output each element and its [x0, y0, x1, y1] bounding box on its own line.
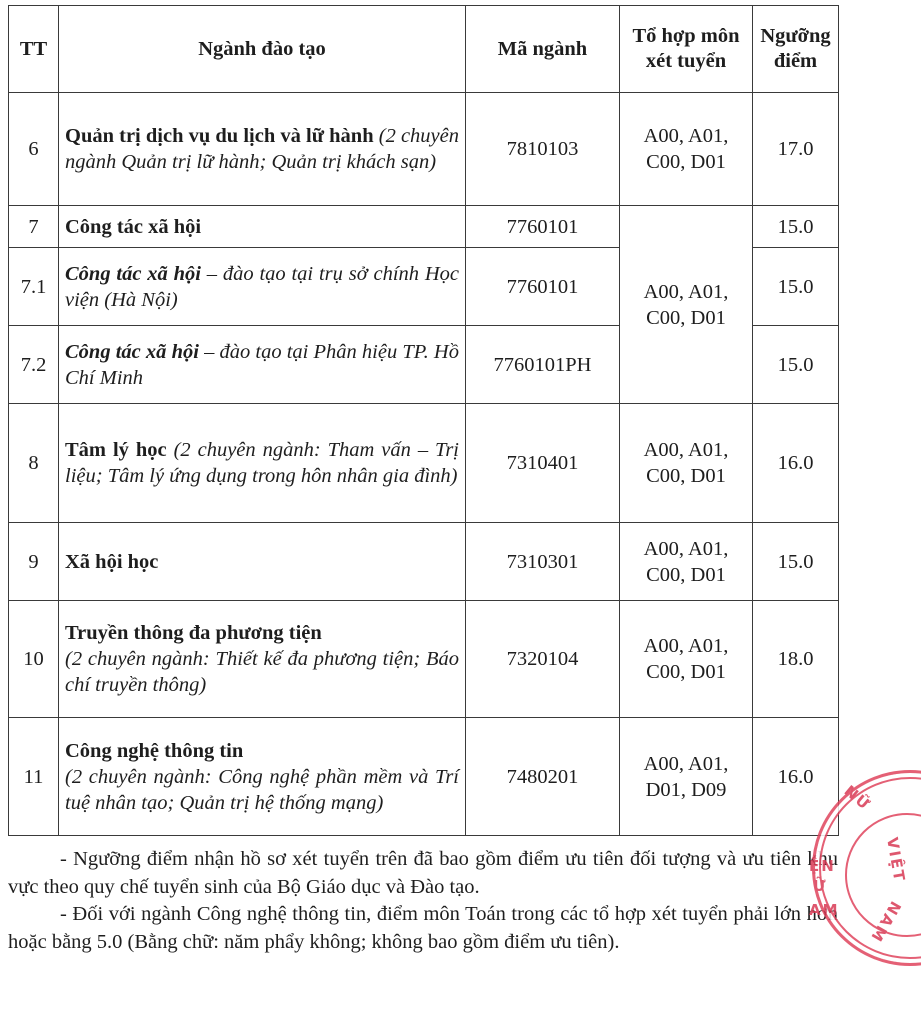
row-program: Quản trị dịch vụ du lịch và lữ hành (2 c…	[59, 93, 466, 206]
seal-text-fragment: VIỆT	[883, 836, 909, 884]
program-name: Công tác xã hội	[65, 263, 201, 285]
header-tt: TT	[9, 6, 59, 93]
row-tt: 10	[9, 601, 59, 718]
row-program: Xã hội học	[59, 523, 466, 601]
row-program: Công tác xã hội – đào tạo tại Phân hiệu …	[59, 326, 466, 404]
seal-inner-ring	[845, 813, 921, 937]
row-combo: A00, A01,C00, D01	[620, 601, 753, 718]
table-row: 6 Quản trị dịch vụ du lịch và lữ hành (2…	[9, 93, 839, 206]
program-name: Tâm lý học	[65, 439, 167, 461]
combo-line: C00, D01	[626, 305, 746, 331]
combo-line: A00, A01,	[626, 437, 746, 463]
row-code: 7760101	[466, 206, 620, 248]
row-program: Công nghệ thông tin(2 chuyên ngành: Công…	[59, 718, 466, 836]
note-it-math-requirement: - Đối với ngành Công nghệ thông tin, điể…	[8, 901, 838, 956]
row-score: 16.0	[753, 404, 839, 523]
table-header-row: TT Ngành đào tạo Mã ngành Tổ hợp môn xét…	[9, 6, 839, 93]
combo-line: A00, A01,	[626, 751, 746, 777]
combo-line: A00, A01,	[626, 123, 746, 149]
row-score: 15.0	[753, 523, 839, 601]
row-program: Công tác xã hội	[59, 206, 466, 248]
row-score: 18.0	[753, 601, 839, 718]
row-program: Tâm lý học (2 chuyên ngành: Tham vấn – T…	[59, 404, 466, 523]
seal-text-fragment: NỮ	[841, 782, 875, 814]
combo-line: A00, A01,	[626, 536, 746, 562]
program-name: Công tác xã hội	[65, 216, 201, 238]
table-row: 11 Công nghệ thông tin(2 chuyên ngành: C…	[9, 718, 839, 836]
combo-line: C00, D01	[626, 659, 746, 685]
combo-line: A00, A01,	[626, 279, 746, 305]
row-code: 7810103	[466, 93, 620, 206]
header-score: Ngưỡng điểm	[753, 6, 839, 93]
table-row: 8 Tâm lý học (2 chuyên ngành: Tham vấn –…	[9, 404, 839, 523]
row-tt: 6	[9, 93, 59, 206]
header-program: Ngành đào tạo	[59, 6, 466, 93]
row-tt: 7.1	[9, 248, 59, 326]
header-code: Mã ngành	[466, 6, 620, 93]
row-code: 7480201	[466, 718, 620, 836]
row-tt: 9	[9, 523, 59, 601]
row-combo: A00, A01,C00, D01	[620, 404, 753, 523]
row-tt: 7.2	[9, 326, 59, 404]
program-name: Quản trị dịch vụ du lịch và lữ hành	[65, 125, 374, 147]
combo-line: D01, D09	[626, 777, 746, 803]
row-combo: A00, A01,C00, D01	[620, 523, 753, 601]
program-detail: (2 chuyên ngành: Công nghệ phần mềm và T…	[65, 766, 459, 814]
row-score: 15.0	[753, 326, 839, 404]
admission-threshold-table: TT Ngành đào tạo Mã ngành Tổ hợp môn xét…	[8, 5, 839, 836]
row-combo: A00, A01,D01, D09	[620, 718, 753, 836]
row-code: 7320104	[466, 601, 620, 718]
table-row: 9 Xã hội học 7310301 A00, A01,C00, D01 1…	[9, 523, 839, 601]
program-name: Công nghệ thông tin	[65, 738, 459, 764]
row-score: 15.0	[753, 206, 839, 248]
combo-line: C00, D01	[626, 463, 746, 489]
row-tt: 11	[9, 718, 59, 836]
program-name: Xã hội học	[65, 551, 158, 573]
row-combo-merged: A00, A01,C00, D01	[620, 206, 753, 404]
combo-line: C00, D01	[626, 562, 746, 588]
row-tt: 7	[9, 206, 59, 248]
combo-line: C00, D01	[626, 149, 746, 175]
program-detail: (2 chuyên ngành: Thiết kế đa phương tiện…	[65, 648, 459, 696]
header-combo: Tổ hợp môn xét tuyển	[620, 6, 753, 93]
note-threshold-includes-priority: - Ngưỡng điểm nhận hồ sơ xét tuyển trên …	[8, 846, 838, 901]
row-code: 7310401	[466, 404, 620, 523]
row-combo: A00, A01,C00, D01	[620, 93, 753, 206]
row-code: 7760101	[466, 248, 620, 326]
combo-line: A00, A01,	[626, 633, 746, 659]
row-program: Truyền thông đa phương tiện(2 chuyên ngà…	[59, 601, 466, 718]
row-code: 7310301	[466, 523, 620, 601]
row-score: 15.0	[753, 248, 839, 326]
table-row: 7 Công tác xã hội 7760101 A00, A01,C00, …	[9, 206, 839, 248]
row-code: 7760101PH	[466, 326, 620, 404]
program-name: Công tác xã hội	[65, 341, 199, 363]
program-name: Truyền thông đa phương tiện	[65, 620, 459, 646]
row-score: 17.0	[753, 93, 839, 206]
row-score: 16.0	[753, 718, 839, 836]
table-row: 10 Truyền thông đa phương tiện(2 chuyên …	[9, 601, 839, 718]
row-tt: 8	[9, 404, 59, 523]
row-program: Công tác xã hội – đào tạo tại trụ sở chí…	[59, 248, 466, 326]
seal-text-fragment: NAM	[866, 898, 904, 946]
footnotes: - Ngưỡng điểm nhận hồ sơ xét tuyển trên …	[8, 846, 838, 956]
